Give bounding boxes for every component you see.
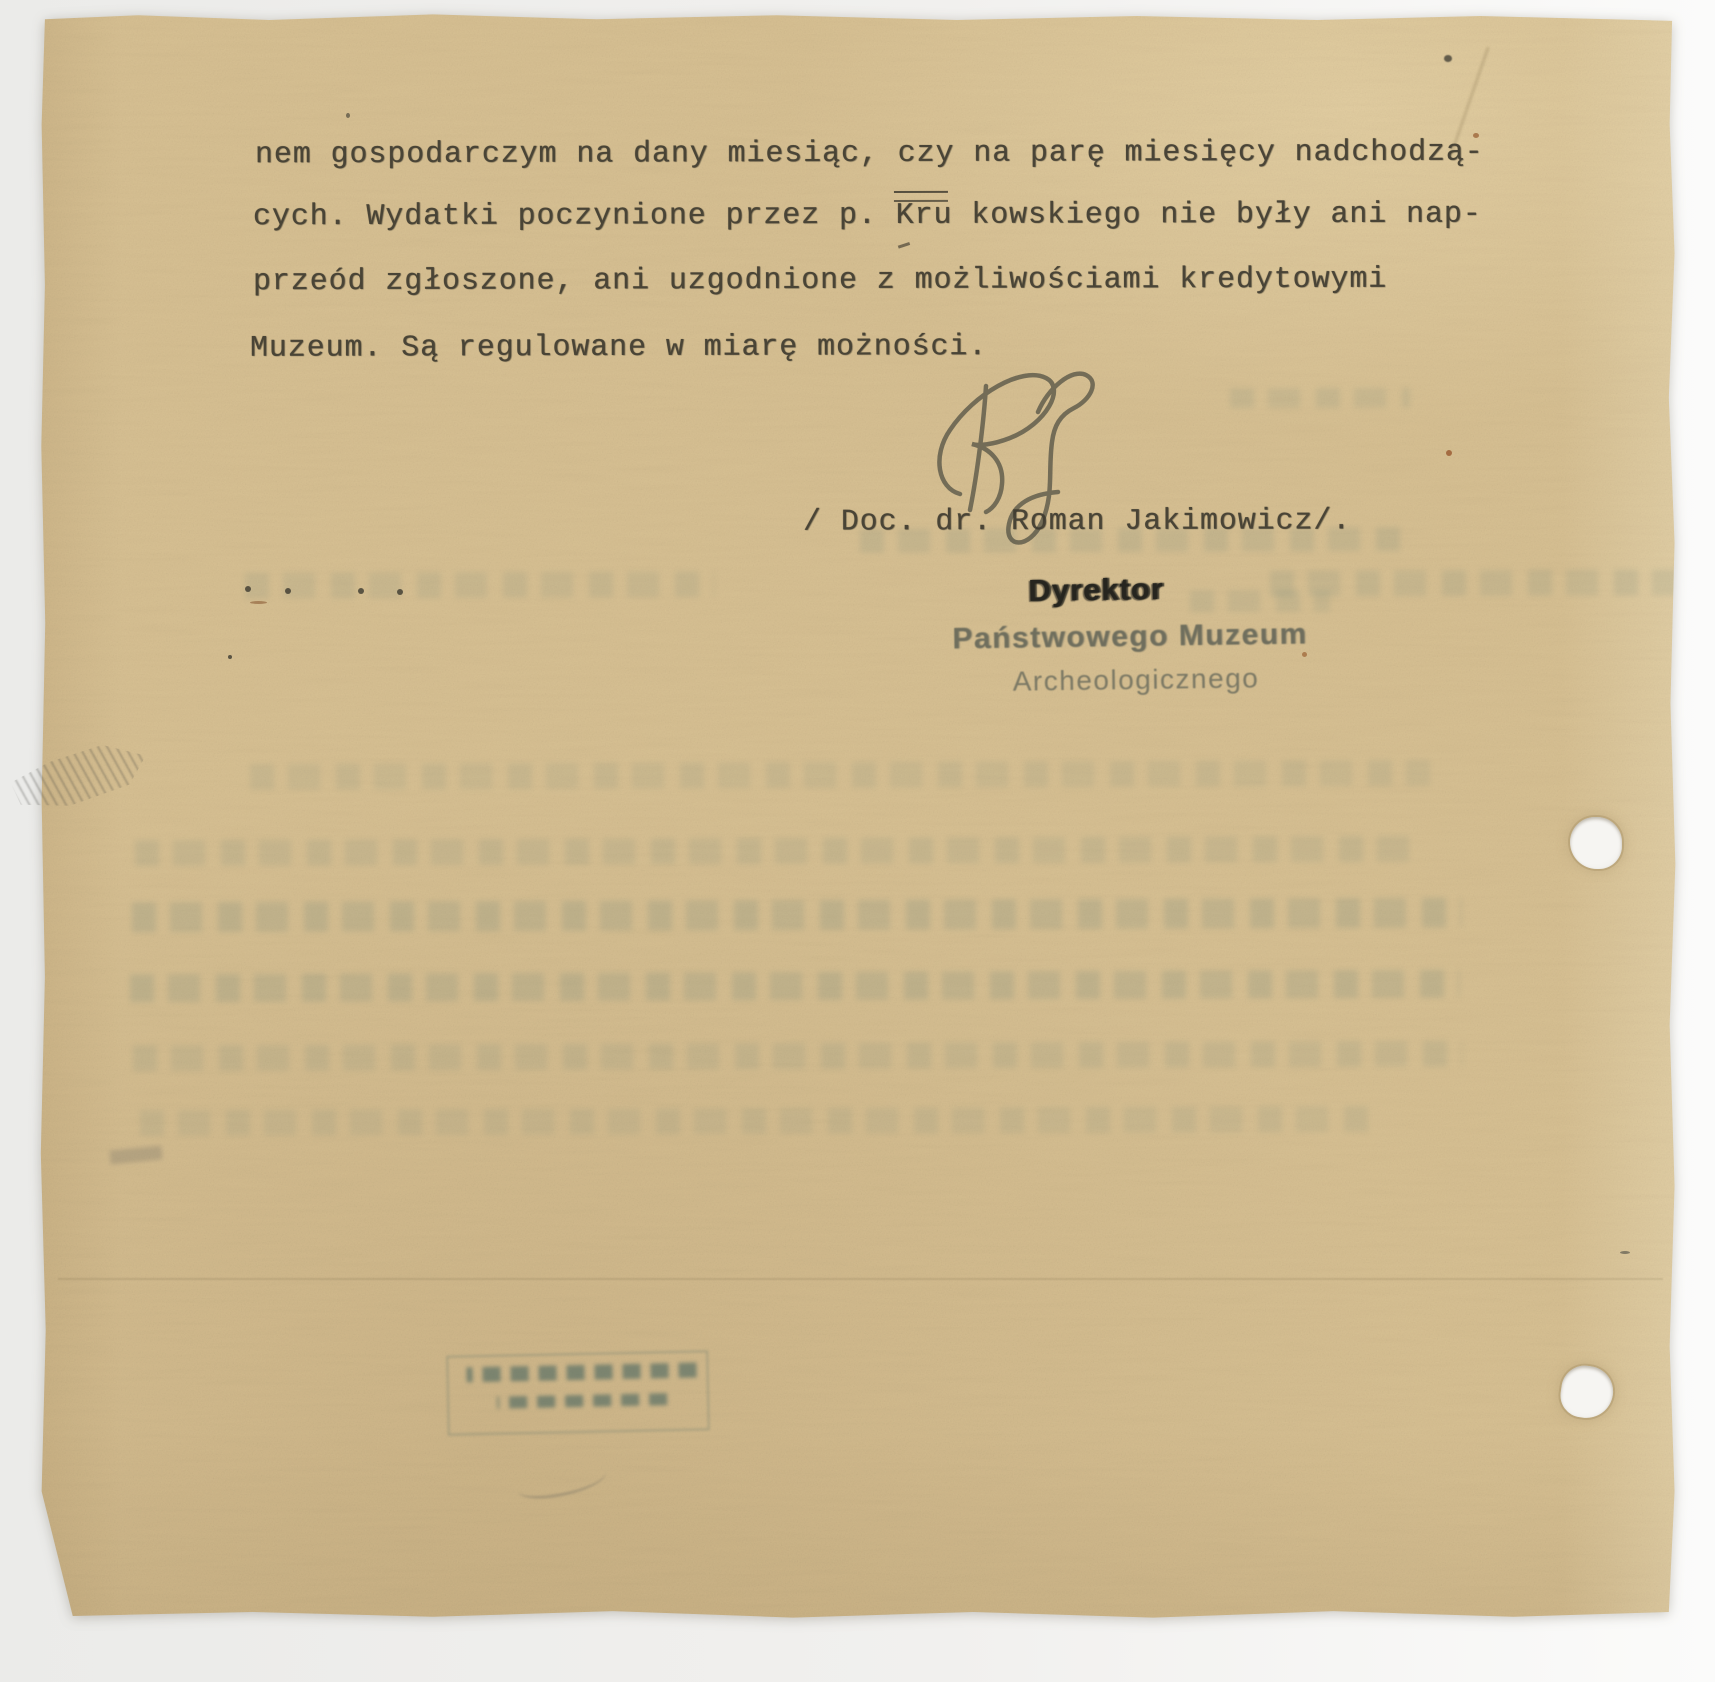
ink-dot xyxy=(228,655,232,659)
bleedthrough-line xyxy=(1230,388,1410,409)
punch-hole xyxy=(1570,817,1622,869)
bleedthrough-line xyxy=(135,836,1425,867)
body-line-2: cych. Wydatki poczynione przez p. Kru ko… xyxy=(253,197,1482,236)
document-page: nem gospodarczym na dany miesiąc, czy na… xyxy=(40,12,1677,1620)
stain xyxy=(1446,450,1452,456)
body-line-1: nem gospodarczym na dany miesiąc, czy na… xyxy=(255,135,1484,174)
body-line-3: przeód zgłoszone, ani uzgodnione z możli… xyxy=(253,262,1387,300)
stamp-institution-2: Archeologicznego xyxy=(1012,662,1259,697)
bleedthrough-mark xyxy=(515,1460,608,1503)
body-line-2-post: kowskiego nie były ani nap- xyxy=(952,198,1481,233)
paper-texture xyxy=(40,12,1677,1620)
scan-background: nem gospodarczym na dany miesiąc, czy na… xyxy=(0,0,1715,1682)
ink-dot xyxy=(285,588,291,594)
punch-hole xyxy=(1558,1363,1617,1422)
typed-signature-name: / Doc. dr. Roman Jakimowicz/. xyxy=(803,503,1351,540)
stain xyxy=(1302,652,1307,657)
bleedthrough-line xyxy=(1190,590,1330,612)
horizontal-crease xyxy=(58,1278,1663,1280)
body-line-2-pre: cych. Wydatki poczynione przez p. xyxy=(253,199,896,234)
stain xyxy=(250,601,267,604)
bleedthrough-line xyxy=(140,1106,1380,1136)
stain xyxy=(1620,1251,1630,1254)
bleedthrough-line xyxy=(132,898,1462,933)
pencil-smudge xyxy=(109,1145,162,1164)
stamp-institution: Państwowego Muzeum xyxy=(952,618,1308,657)
bleedthrough-line xyxy=(130,970,1460,1003)
bleedthrough-stamp-box xyxy=(446,1350,710,1435)
stamp-title: Dyrektor xyxy=(1028,571,1164,609)
stain xyxy=(1444,55,1452,62)
overstruck-correction: Kru xyxy=(896,198,953,234)
body-line-4: Muzeum. Są regulowane w miarę możności. xyxy=(250,329,987,367)
bleedthrough-line xyxy=(245,571,715,599)
bleedthrough-line xyxy=(133,1041,1463,1072)
bleedthrough-line xyxy=(1270,569,1690,596)
ink-dot xyxy=(358,588,364,594)
bleedthrough-line xyxy=(250,760,1430,790)
ink-dot xyxy=(397,589,403,595)
stain xyxy=(346,113,350,118)
ink-dot xyxy=(245,586,251,592)
